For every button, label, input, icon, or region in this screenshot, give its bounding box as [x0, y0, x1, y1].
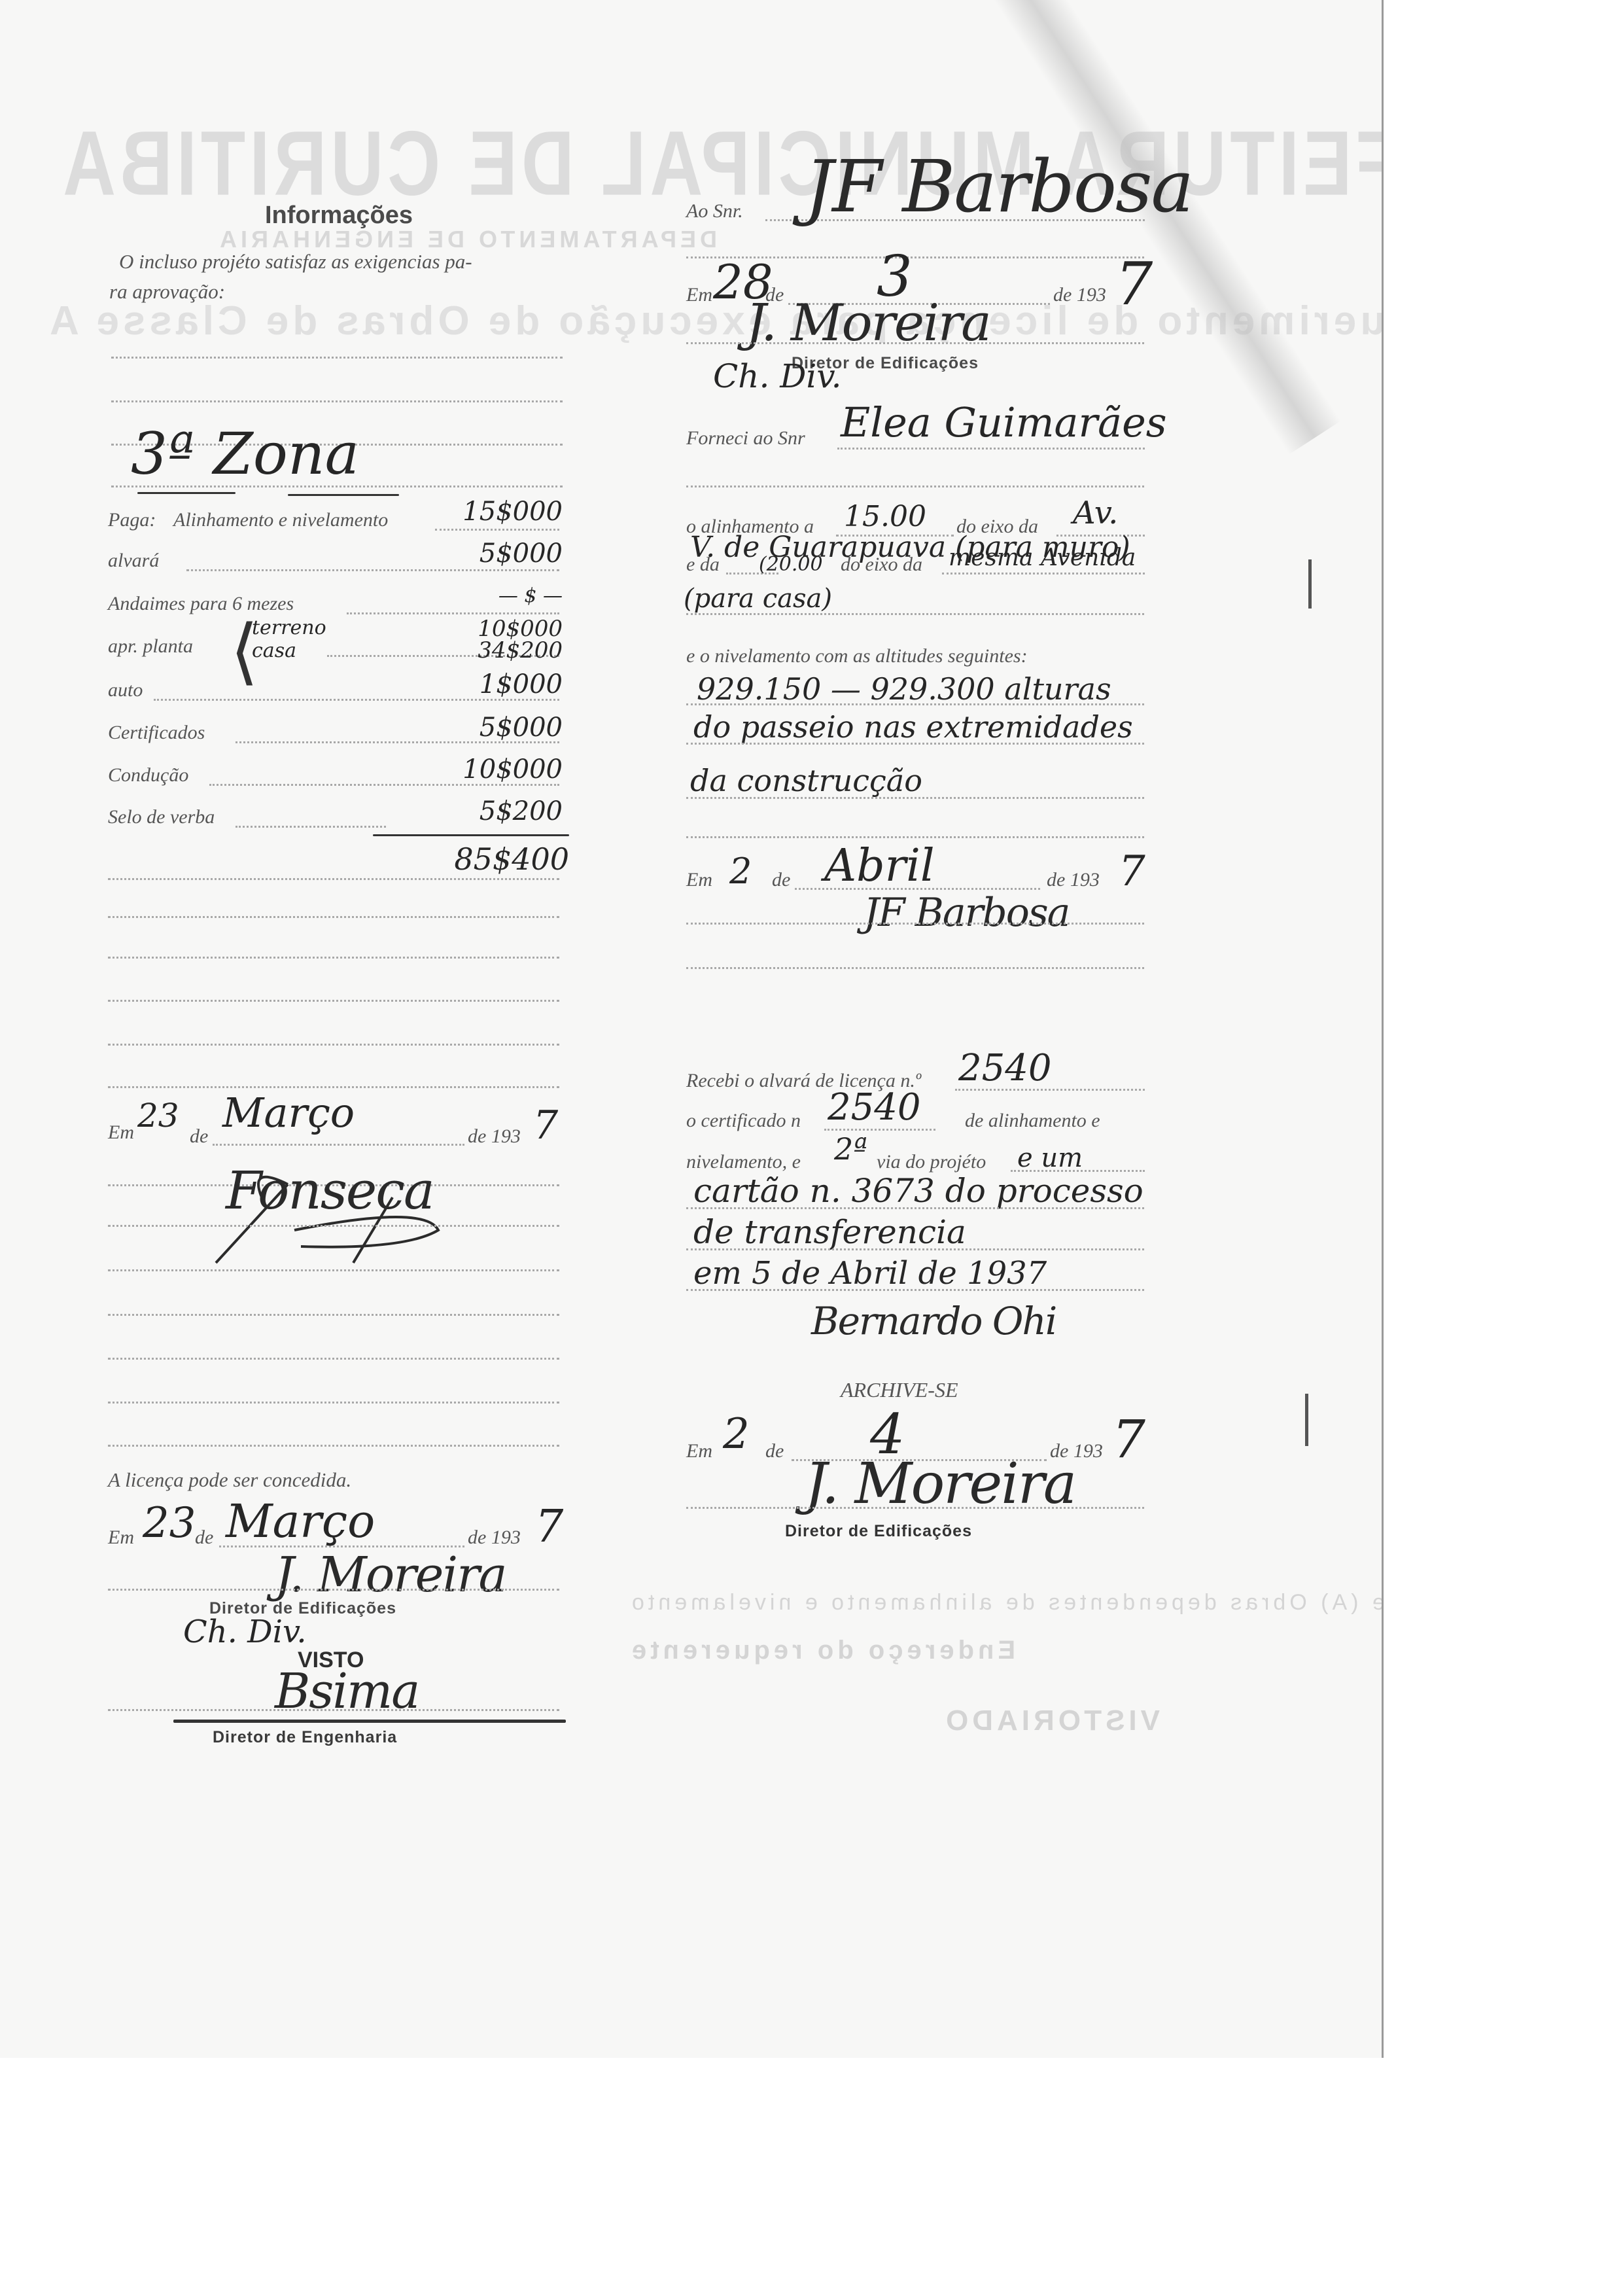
receipt-cert-number: 2540	[828, 1089, 921, 1126]
approval-text: A licença pode ser concedida.	[108, 1470, 351, 1490]
receipt-cert-label: o certificado n	[686, 1111, 801, 1131]
fee-value-andaimes: — $ —	[438, 586, 563, 606]
margin-mark	[1305, 1394, 1308, 1446]
zone-handwritten: 3ª Zona	[131, 425, 359, 483]
receipt-alvara-number: 2540	[958, 1050, 1052, 1087]
r-date2-year-prefix: de 193	[1047, 870, 1100, 890]
forneci-value: Elea Guimarães	[841, 402, 1167, 443]
r-date1-year-prefix: de 193	[1053, 285, 1106, 305]
fee-value-terreno: 10$000	[438, 618, 563, 640]
signature-left-2: J. Moreira	[275, 1551, 506, 1599]
date2-prefix: Em	[108, 1528, 134, 1547]
r-date2-prefix: Em	[686, 870, 712, 890]
r-date2-day: 2	[729, 854, 752, 889]
bleed-lower-1: Classe (A) Obras dependentes de alinhame…	[628, 1590, 1384, 1616]
dotted-line	[686, 836, 1144, 838]
dotted-line	[236, 826, 386, 828]
date2-de: de	[195, 1528, 213, 1547]
receipt-nivel-label: nivelamento, e	[686, 1152, 801, 1172]
fee-label-alinhamento: Alinhamento e nivelamento	[173, 510, 388, 530]
r-date2-year-digit: 7	[1119, 851, 1145, 892]
alinhamento-eixo2-label: do eixo da	[841, 555, 922, 574]
dotted-line	[686, 1248, 1144, 1250]
dotted-line	[108, 1358, 559, 1360]
fee-value-auto: 1$000	[438, 671, 563, 698]
dotted-line	[108, 1589, 559, 1591]
intro-line-1: O incluso projéto satisfaz as exigencias…	[119, 251, 472, 272]
date1-day: 23	[137, 1099, 179, 1132]
dotted-line	[108, 1402, 559, 1404]
receipt-line2: de transferencia	[693, 1216, 966, 1248]
archive-label: ARCHIVE-SE	[841, 1379, 958, 1400]
fee-value-alvara: 5$000	[438, 540, 563, 567]
fee-label-andaimes: Andaimes para 6 mezes	[108, 594, 294, 614]
fee-label-certificados: Certificados	[108, 723, 205, 743]
dotted-line	[686, 797, 1144, 799]
r-signature-3: Bernardo Ohi	[811, 1302, 1056, 1340]
sum-rule	[373, 834, 569, 836]
r-date3-prefix: Em	[686, 1441, 712, 1461]
fee-label-apr-planta: apr. planta	[108, 637, 193, 656]
fee-label-conducao: Condução	[108, 766, 188, 785]
nivelamento-label: e o nivelamento com as altitudes seguint…	[686, 646, 1028, 666]
receipt-line3: em 5 de Abril de 1937	[693, 1258, 1047, 1289]
alinhamento-street2: mesma Avenida	[949, 546, 1136, 570]
date1-prefix: Em	[108, 1123, 134, 1142]
dotted-line	[108, 957, 559, 959]
dotted-line	[686, 1289, 1144, 1291]
date2-day: 23	[143, 1502, 196, 1544]
fee-value-certificados: 5$000	[438, 715, 563, 741]
receipt-via-number: 2ª	[834, 1134, 867, 1164]
dotted-line	[108, 1225, 559, 1227]
fee-label-selo: Selo de verba	[108, 807, 215, 827]
dotted-line	[435, 529, 559, 531]
dotted-line	[686, 342, 1144, 344]
nivelamento-line1: 929.150 — 929.300 alturas	[697, 674, 1111, 704]
fee-value-conducao: 10$000	[438, 756, 563, 783]
heading-informacoes: Informações	[265, 203, 413, 228]
alinhamento-street2-cont: (para casa)	[684, 586, 832, 612]
date2-month: Março	[226, 1498, 375, 1544]
fee-label-alvara: alvará	[108, 551, 159, 571]
date1-year-prefix: de 193	[468, 1127, 521, 1146]
fee-value-selo: 5$200	[438, 798, 563, 824]
r-director-edificacoes-2: Diretor de Edificações	[785, 1523, 972, 1540]
dotted-line	[686, 703, 1144, 705]
bleed-sub: DEPARTAMENTO DE ENGENHARIA	[216, 226, 717, 253]
r-date1-year-digit: 7	[1115, 255, 1153, 314]
dotted-line	[686, 967, 1144, 969]
intro-line-2: ra aprovação:	[109, 281, 225, 302]
forneci-label: Forneci ao Snr	[686, 429, 805, 448]
dotted-line	[108, 1314, 559, 1316]
dotted-line	[108, 1709, 559, 1711]
r-date3-year-digit: 7	[1112, 1413, 1145, 1466]
fee-value-casa: 34$200	[438, 639, 563, 662]
dotted-line	[108, 1086, 559, 1088]
dotted-line	[108, 916, 559, 918]
r-signature-2: JF Barbosa	[864, 893, 1069, 932]
receipt-line1: cartão n. 3673 do processo	[693, 1174, 1143, 1207]
ao-snr-signature: JF Barbosa	[805, 150, 1193, 222]
alinhamento-dist2: (20.00	[759, 555, 823, 574]
ao-snr-label: Ao Snr.	[686, 202, 743, 221]
nivelamento-line3: da construcção	[690, 766, 922, 796]
dotted-line	[686, 1507, 1144, 1509]
date2-year-prefix: de 193	[468, 1528, 521, 1547]
date1-month: Março	[222, 1093, 355, 1133]
r-date2-de: de	[772, 870, 790, 890]
dotted-line	[111, 400, 563, 402]
receipt-via-value: e um	[1017, 1145, 1083, 1171]
alinhamento-street1: Av.	[1073, 497, 1118, 529]
nivelamento-line2: do passeio nas extremidades	[693, 712, 1133, 742]
director-engenharia: Diretor de Engenharia	[213, 1729, 397, 1746]
alinhamento-dist1: 15.00	[844, 503, 926, 531]
dotted-line	[108, 1044, 559, 1046]
dotted-line	[108, 1269, 559, 1271]
dotted-line	[837, 448, 1145, 450]
signature-rule	[173, 1720, 566, 1723]
underline	[137, 492, 236, 494]
dotted-line	[686, 613, 1144, 615]
dotted-line	[108, 1445, 559, 1447]
fee-total: 85$400	[406, 844, 569, 874]
bleed-lower-3: VISTORIADO	[942, 1704, 1160, 1737]
r-date1-prefix: Em	[686, 285, 712, 305]
receipt-via-label: via do projéto	[877, 1152, 986, 1172]
fee-value-alinhamento: 15$000	[438, 499, 563, 525]
bleed-lower-2: Endereço do requerente	[628, 1636, 1015, 1665]
r-date2-month: Abril	[824, 844, 935, 889]
date2-year-digit: 7	[535, 1505, 563, 1549]
dotted-line	[213, 1144, 464, 1146]
date1-year-digit: 7	[533, 1106, 558, 1145]
dotted-line	[111, 357, 563, 359]
dotted-line	[942, 573, 1145, 574]
fee-label-paga: Paga:	[108, 510, 156, 530]
fee-note-terreno: terreno	[252, 618, 326, 638]
scanned-page: PREFEITURA MUNICIPAL DE CURITIBA DEPARTA…	[0, 0, 1384, 2058]
fee-note-casa: casa	[252, 641, 296, 661]
dotted-line	[347, 612, 559, 614]
margin-mark	[1308, 559, 1312, 609]
dotted-line	[108, 1000, 559, 1002]
r-ch-div: Ch. Div.	[713, 360, 842, 393]
underline	[288, 494, 399, 496]
dotted-line	[686, 743, 1144, 745]
dotted-line	[686, 1207, 1144, 1209]
ch-div-left: Ch. Div.	[183, 1616, 307, 1648]
r-date3-de: de	[765, 1441, 784, 1461]
fee-label-auto: auto	[108, 680, 143, 700]
signature-visto: Bsima	[275, 1667, 419, 1716]
r-date3-day: 2	[723, 1413, 750, 1455]
dotted-line	[686, 486, 1144, 487]
dotted-line	[108, 878, 559, 880]
dotted-line	[186, 569, 559, 571]
r-signature-1: J. Moreira	[746, 298, 990, 349]
r-signature-4: J. Moreira	[805, 1456, 1075, 1512]
date1-de: de	[190, 1127, 208, 1146]
alinhamento-eda-label: e da	[686, 555, 720, 574]
receipt-cert-suffix: de alinhamento e	[965, 1111, 1100, 1131]
signature-flourish	[209, 1158, 471, 1263]
dotted-line	[686, 923, 1144, 925]
dotted-line	[824, 1129, 935, 1131]
